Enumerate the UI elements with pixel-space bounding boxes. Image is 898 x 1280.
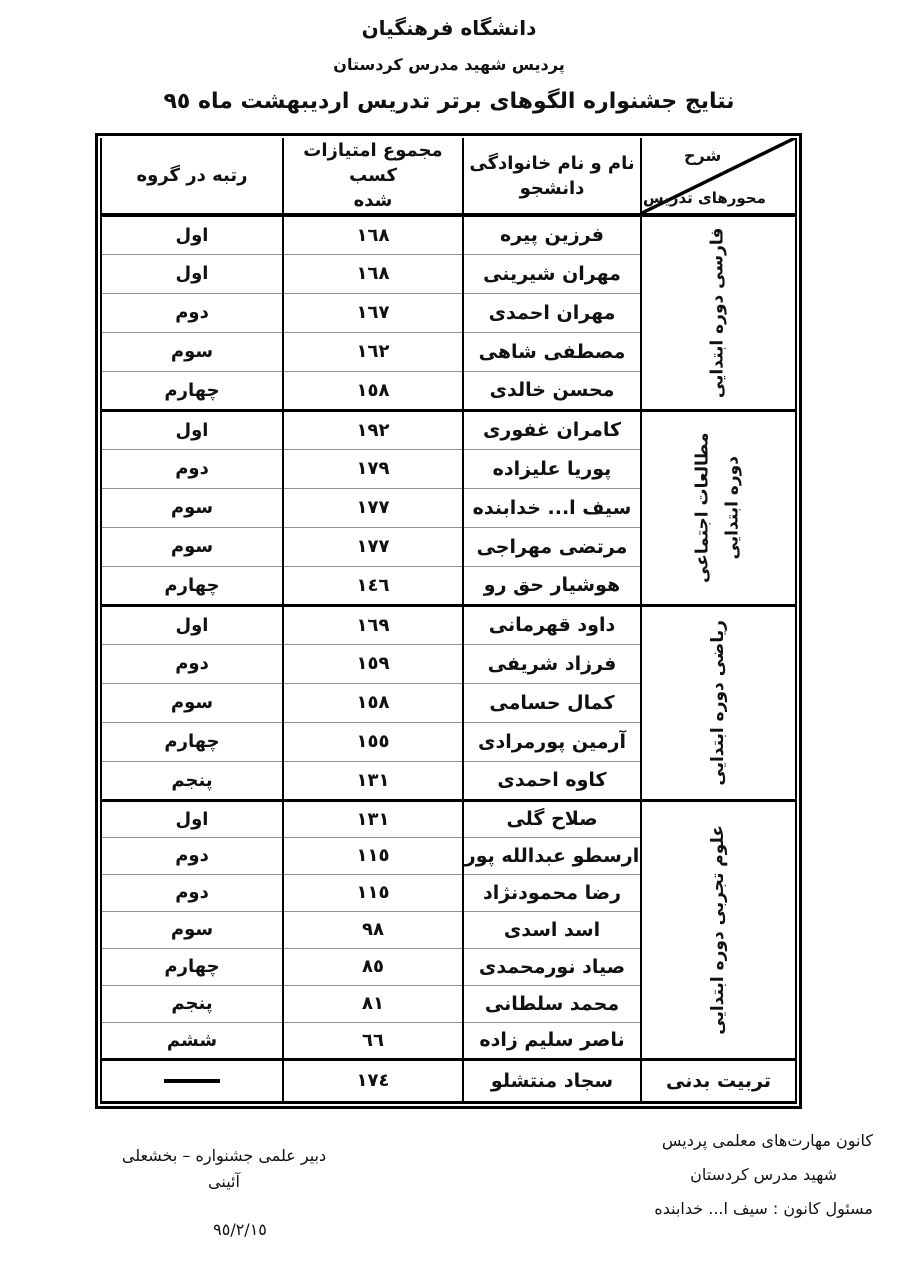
rank-cell: اول (101, 410, 283, 449)
corner-label-description: شرح (684, 143, 721, 168)
score-cell: ٦٦ (283, 1022, 463, 1059)
student-name-cell: رضا محمودنژاد (463, 874, 641, 911)
subject-label: مطالعات اجتماعیدوره ابتدایی (689, 432, 749, 582)
document-header: دانشگاه فرهنگیان پردیس شهید مدرس کردستان… (0, 0, 898, 114)
rank-cell: سوم (101, 527, 283, 566)
score-cell: ١٧٧ (283, 488, 463, 527)
subject-label: تربیت بدنی (642, 1070, 795, 1092)
name-header-line1: نام و نام خانوادگی (464, 151, 640, 176)
corner-label-teaching-axes: محورهای تدریس (643, 186, 766, 211)
subject-cell: تربیت بدنی (641, 1059, 796, 1102)
footer-secretary-line: دبیر علمی جشنواره – بخشعلی آئینی (110, 1143, 338, 1195)
score-cell: ١٧٤ (283, 1059, 463, 1102)
footer-org-line1: کانون مهارت‌های معلمی پردیس (581, 1124, 873, 1158)
rank-cell: اول (101, 605, 283, 644)
score-cell: ٨٥ (283, 948, 463, 985)
score-header-line1: مجموع امتیازات کسب (284, 138, 462, 188)
score-cell: ١٥٥ (283, 722, 463, 761)
score-cell: ١٦٩ (283, 605, 463, 644)
student-name-cell: اسد اسدی (463, 911, 641, 948)
table-row: علوم تجربی دوره ابتداییصلاح گلی١٣١اول (101, 800, 796, 837)
rank-cell: ششم (101, 1022, 283, 1059)
score-cell: ١٧٧ (283, 527, 463, 566)
score-cell: ١٦٧ (283, 293, 463, 332)
student-name-cell: ناصر سلیم زاده (463, 1022, 641, 1059)
score-header-line2: شده (284, 188, 462, 213)
rank-cell: پنجم (101, 985, 283, 1022)
footer-secretary-block: دبیر علمی جشنواره – بخشعلی آئینی ٩٥/٢/١٥ (110, 1143, 338, 1243)
student-name-cell: داود قهرمانی (463, 605, 641, 644)
rank-cell: چهارم (101, 722, 283, 761)
student-name-cell: ارسطو عبدالله پور (463, 837, 641, 874)
rank-cell: سوم (101, 911, 283, 948)
footer-org-line3: مسئول کانون : سیف ا... خدابنده (581, 1192, 873, 1226)
student-name-cell: کاوه احمدی (463, 761, 641, 800)
subject-cell: علوم تجربی دوره ابتدایی (641, 800, 796, 1059)
rank-cell: چهارم (101, 566, 283, 605)
rank-cell: دوم (101, 293, 283, 332)
rank-cell: اول (101, 800, 283, 837)
subject-label: فارسی دوره ابتدایی (704, 227, 734, 398)
student-name-cell: مهران شیرینی (463, 254, 641, 293)
subject-cell: فارسی دوره ابتدایی (641, 215, 796, 410)
student-name-cell: سجاد منتشلو (463, 1059, 641, 1102)
rank-cell: سوم (101, 683, 283, 722)
no-rank-dash (164, 1079, 220, 1083)
score-cell: ١٦٨ (283, 254, 463, 293)
rank-cell: چهارم (101, 948, 283, 985)
rank-cell: چهارم (101, 371, 283, 410)
rank-cell: دوم (101, 837, 283, 874)
rank-cell: پنجم (101, 761, 283, 800)
student-name-cell: کامران غفوری (463, 410, 641, 449)
results-tbody: فارسی دوره ابتداییفرزین پیره١٦٨اولمهران … (101, 215, 796, 1102)
score-cell: ١٣١ (283, 761, 463, 800)
score-column-header: مجموع امتیازات کسب شده (283, 138, 463, 215)
score-cell: ١٦٢ (283, 332, 463, 371)
student-name-cell: صلاح گلی (463, 800, 641, 837)
footer-org-line2: شهید مدرس کردستان (581, 1158, 873, 1192)
subject-cell: مطالعات اجتماعیدوره ابتدایی (641, 410, 796, 605)
score-cell: ١١٥ (283, 837, 463, 874)
document-title: نتایج جشنواره الگوهای برتر تدریس اردیبهش… (0, 89, 898, 114)
student-name-cell: پوریا علیزاده (463, 449, 641, 488)
university-name: دانشگاه فرهنگیان (0, 16, 898, 40)
table-row: مطالعات اجتماعیدوره ابتداییکامران غفوری١… (101, 410, 796, 449)
score-cell: ١٥٨ (283, 683, 463, 722)
score-cell: ٨١ (283, 985, 463, 1022)
score-cell: ٩٨ (283, 911, 463, 948)
rank-cell: اول (101, 215, 283, 254)
student-name-cell: سیف ا... خدابنده (463, 488, 641, 527)
table-row: تربیت بدنیسجاد منتشلو١٧٤ (101, 1059, 796, 1102)
score-cell: ١٣١ (283, 800, 463, 837)
table-header-row: شرح محورهای تدریس نام و نام خانوادگی دان… (101, 138, 796, 215)
student-name-cell: مرتضی مهراجی (463, 527, 641, 566)
name-column-header: نام و نام خانوادگی دانشجو (463, 138, 641, 215)
rank-cell: دوم (101, 449, 283, 488)
student-name-cell: کمال حسامی (463, 683, 641, 722)
score-cell: ١١٥ (283, 874, 463, 911)
subject-label: ریاضی دوره ابتدایی (704, 620, 734, 786)
rank-cell: دوم (101, 874, 283, 911)
score-cell: ١٥٩ (283, 644, 463, 683)
corner-cell: شرح محورهای تدریس (641, 138, 796, 215)
subject-cell: ریاضی دوره ابتدایی (641, 605, 796, 800)
score-cell: ١٩٢ (283, 410, 463, 449)
footer-date: ٩٥/٢/١٥ (110, 1217, 338, 1243)
student-name-cell: محمد سلطانی (463, 985, 641, 1022)
results-table: شرح محورهای تدریس نام و نام خانوادگی دان… (100, 138, 797, 1104)
results-table-frame: شرح محورهای تدریس نام و نام خانوادگی دان… (95, 133, 802, 1109)
subject-label: علوم تجربی دوره ابتدایی (704, 825, 734, 1035)
table-row: فارسی دوره ابتداییفرزین پیره١٦٨اول (101, 215, 796, 254)
rank-cell: دوم (101, 644, 283, 683)
score-cell: ١٤٦ (283, 566, 463, 605)
score-cell: ١٦٨ (283, 215, 463, 254)
rank-cell (101, 1059, 283, 1102)
campus-name: پردیس شهید مدرس کردستان (0, 55, 898, 74)
name-header-line2: دانشجو (464, 176, 640, 201)
score-cell: ١٧٩ (283, 449, 463, 488)
student-name-cell: فرزاد شریفی (463, 644, 641, 683)
footer-organization-block: کانون مهارت‌های معلمی پردیس شهید مدرس کر… (581, 1124, 873, 1226)
rank-cell: اول (101, 254, 283, 293)
student-name-cell: محسن خالدی (463, 371, 641, 410)
student-name-cell: فرزین پیره (463, 215, 641, 254)
rank-cell: سوم (101, 332, 283, 371)
rank-cell: سوم (101, 488, 283, 527)
table-row: ریاضی دوره ابتداییداود قهرمانی١٦٩اول (101, 605, 796, 644)
student-name-cell: مهران احمدی (463, 293, 641, 332)
score-cell: ١٥٨ (283, 371, 463, 410)
student-name-cell: آرمین پورمرادی (463, 722, 641, 761)
student-name-cell: هوشیار حق رو (463, 566, 641, 605)
student-name-cell: صیاد نورمحمدی (463, 948, 641, 985)
student-name-cell: مصطفی شاهی (463, 332, 641, 371)
document-page: دانشگاه فرهنگیان پردیس شهید مدرس کردستان… (0, 0, 898, 1280)
rank-column-header: رتبه در گروه (101, 138, 283, 215)
